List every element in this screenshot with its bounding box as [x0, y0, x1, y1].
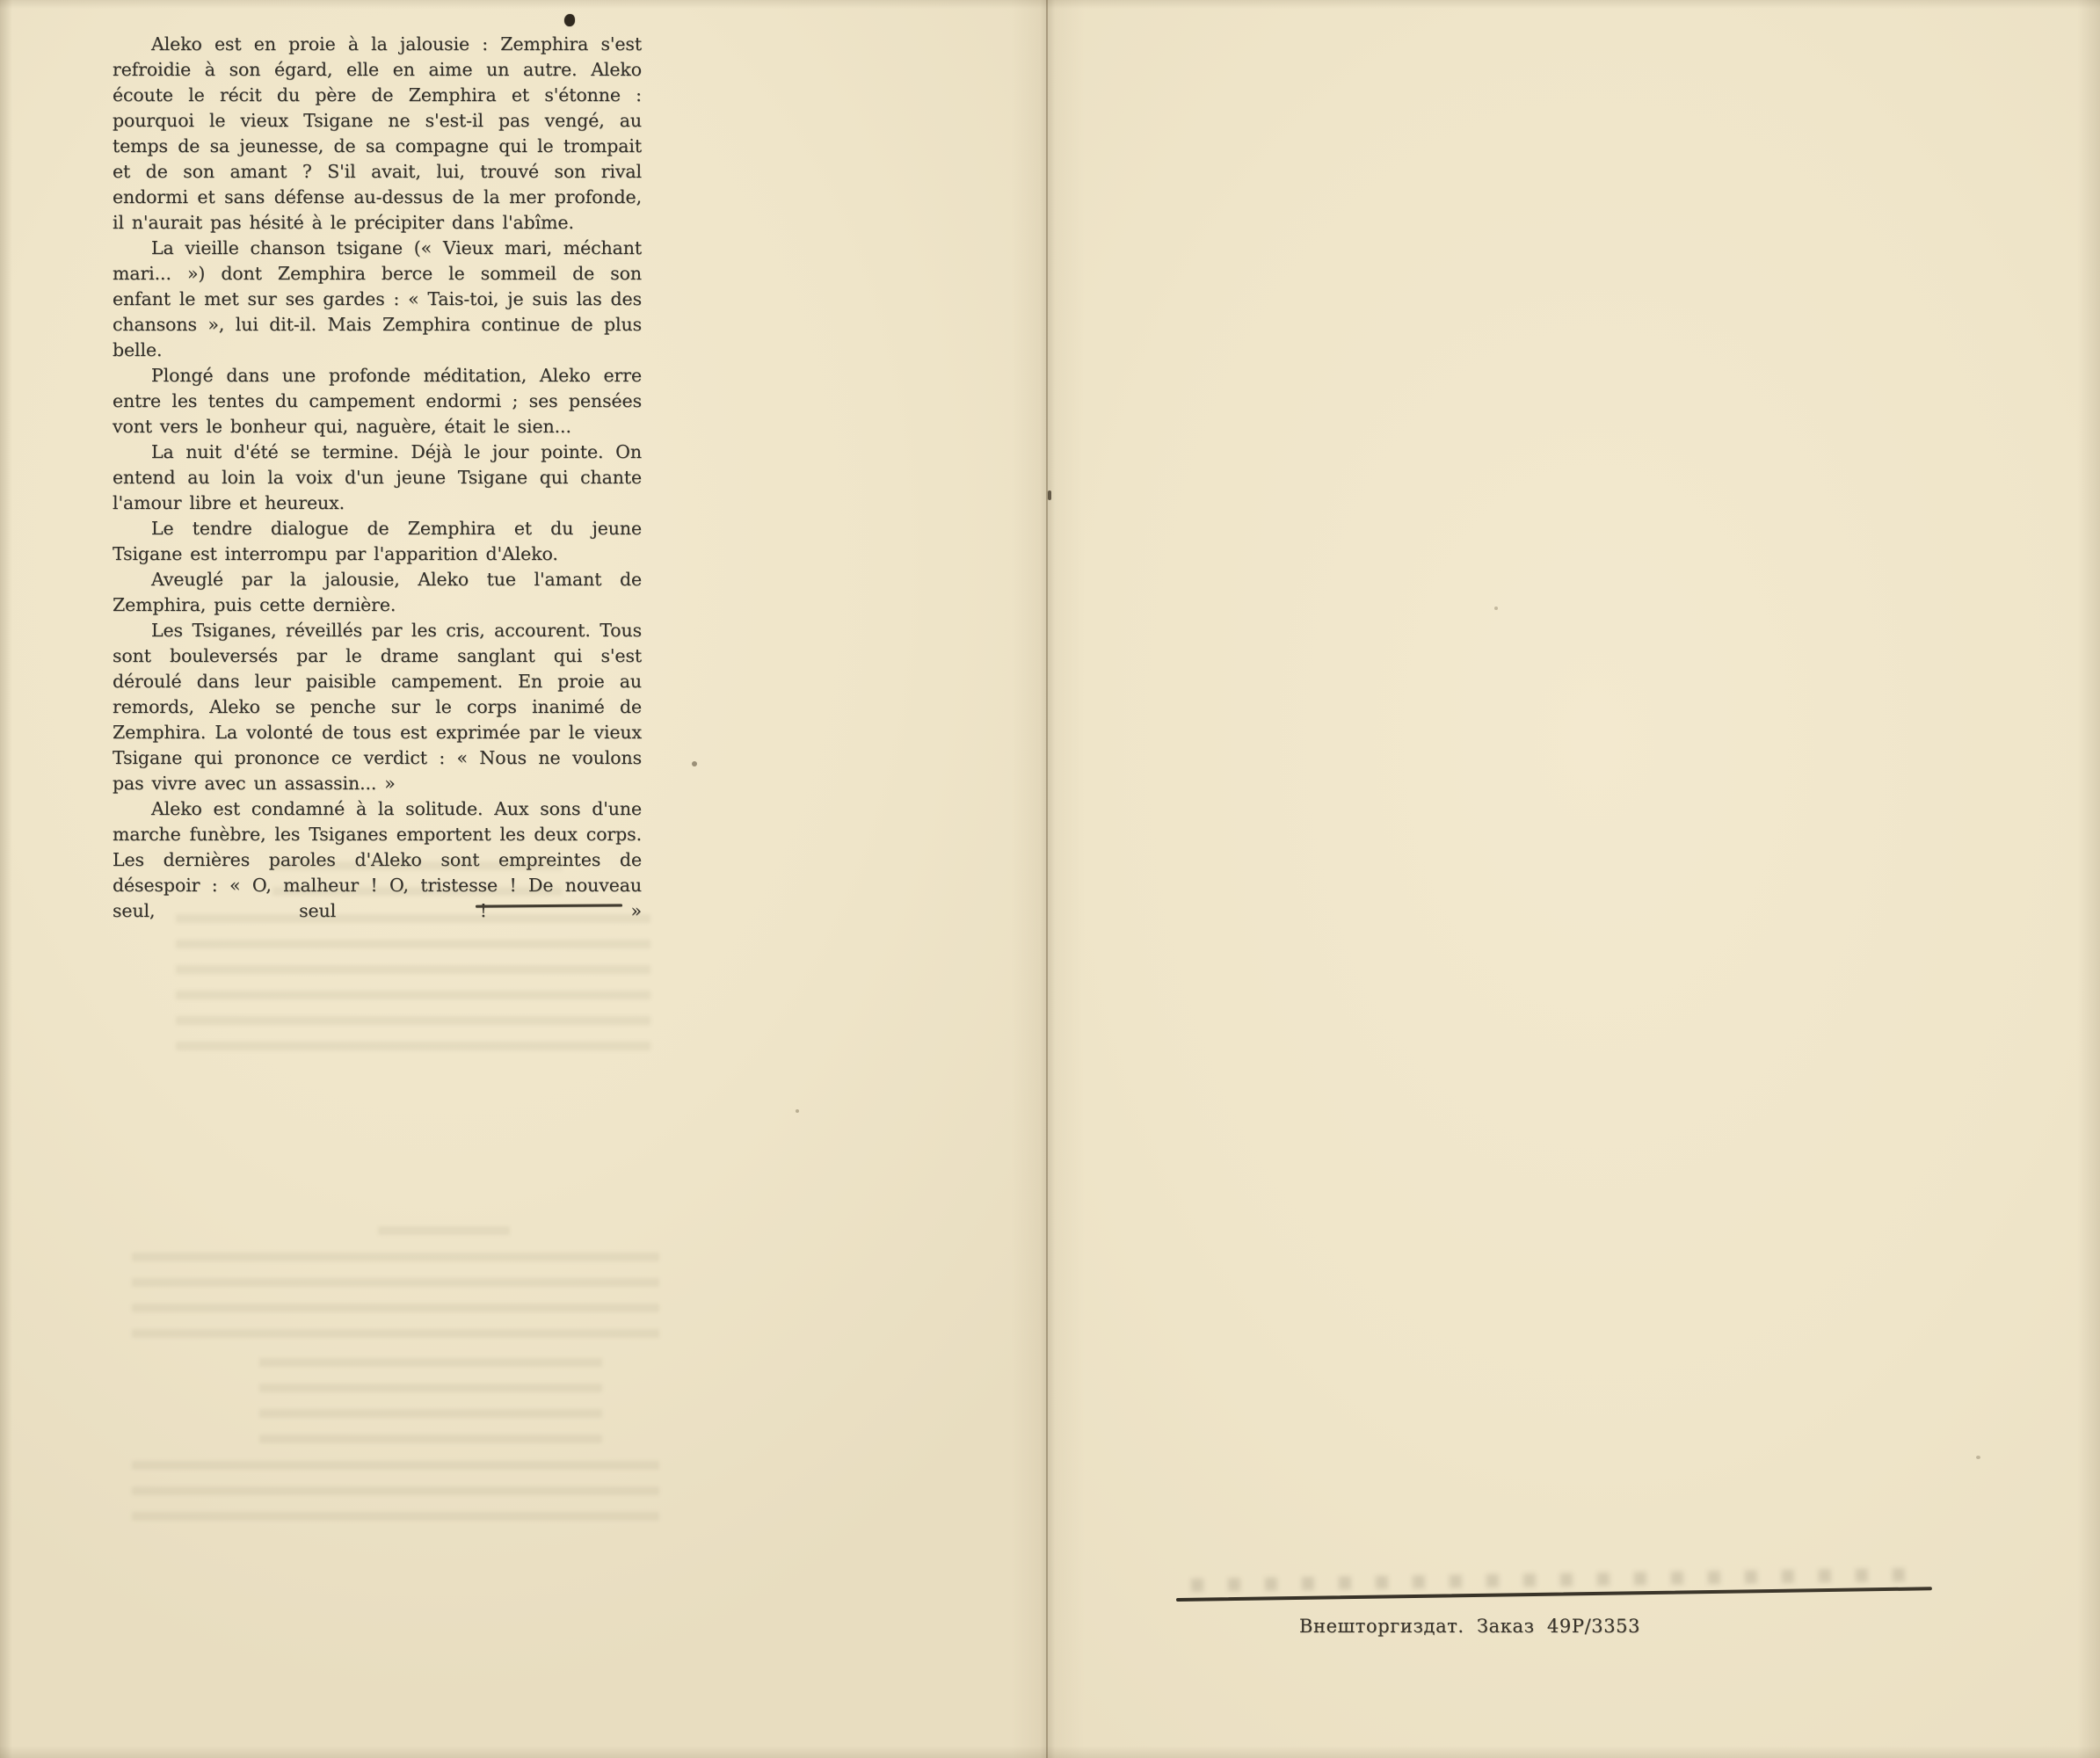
paragraph: Le tendre dialogue de Zemphira et du jeu… [113, 516, 642, 567]
ink-speck [692, 761, 697, 766]
show-through-text [132, 1461, 659, 1522]
show-through-text [259, 1358, 602, 1459]
page-edge-shadow [0, 0, 2100, 9]
show-through-text [132, 1253, 659, 1345]
paragraph: La nuit d'été se termine. Déjà le jour p… [113, 439, 642, 516]
ink-speck [564, 14, 575, 26]
imprint-text: Внешторгиздат. Заказ 49Р/3353 [1299, 1616, 1640, 1637]
page-gutter-fold-line [1046, 0, 1048, 1758]
show-through-text [272, 861, 563, 898]
ink-speck [1048, 490, 1051, 500]
paragraph: Aveuglé par la jalousie, Aleko tue l'ama… [113, 567, 642, 618]
right-page [1048, 0, 2100, 1758]
synopsis-text-block: Aleko est en proie à la jalousie : Zemph… [113, 32, 642, 924]
ink-speck [1976, 1456, 1980, 1459]
show-through-text [176, 914, 650, 1064]
ink-speck [796, 1109, 799, 1113]
ink-speck [1494, 607, 1498, 610]
page-edge-shadow [0, 1746, 2100, 1758]
page-edge-shadow [0, 0, 12, 1758]
paragraph: Les Tsiganes, réveillés par les cris, ac… [113, 618, 642, 796]
show-through-text [378, 1226, 510, 1242]
paragraph: Aleko est en proie à la jalousie : Zemph… [113, 32, 642, 236]
page-gutter-shade [1011, 0, 1085, 1758]
book-spread-scan: Aleko est en proie à la jalousie : Zemph… [0, 0, 2100, 1758]
paragraph: Plongé dans une profonde méditation, Ale… [113, 363, 642, 439]
paragraph: La vieille chanson tsigane (« Vieux mari… [113, 236, 642, 363]
page-edge-shadow [2077, 0, 2100, 1758]
